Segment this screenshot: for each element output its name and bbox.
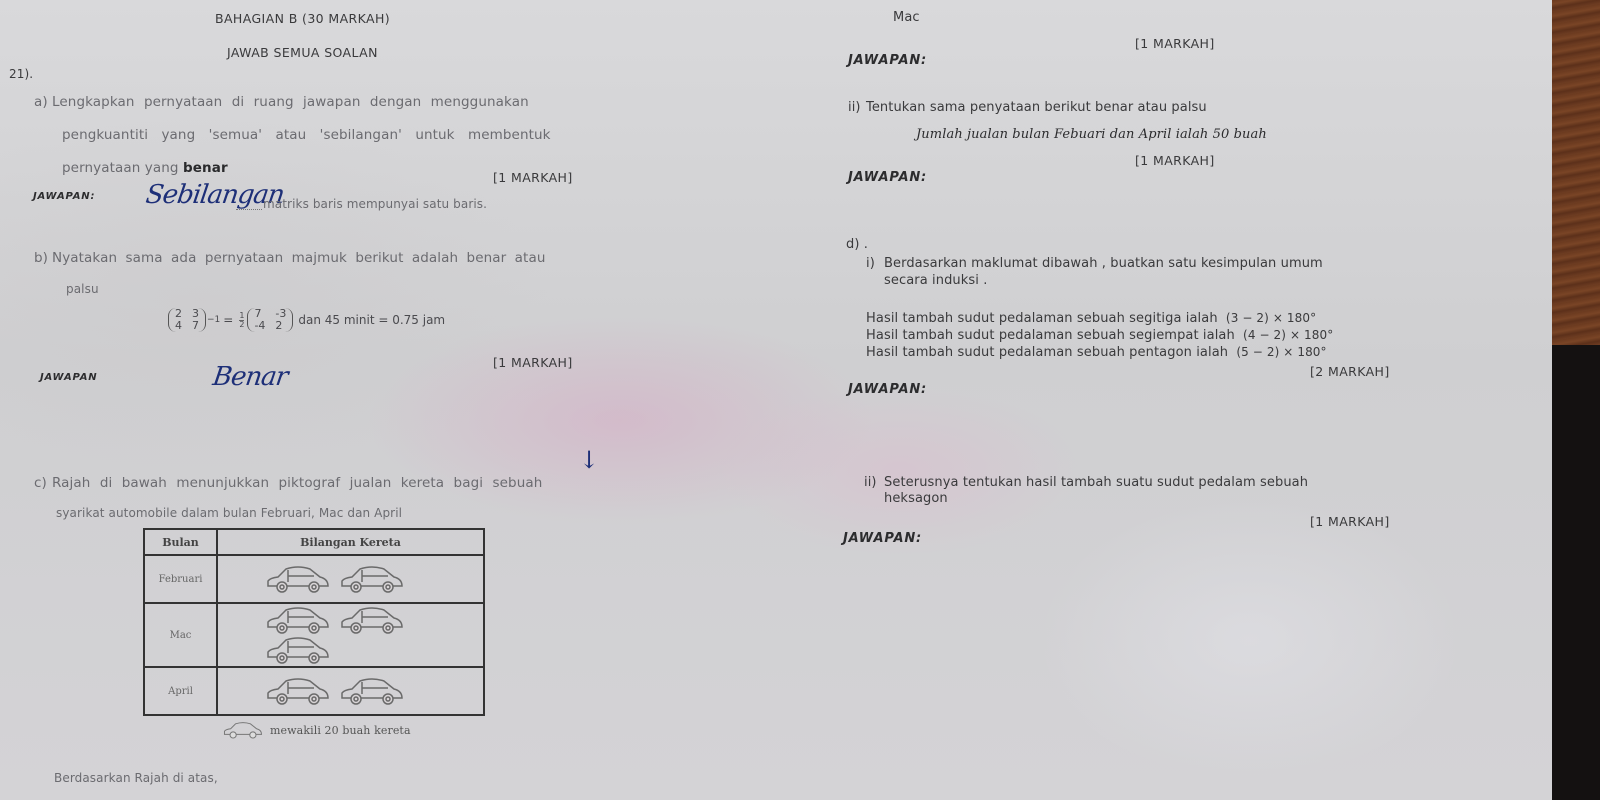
- b-marks: [1 MARKAH]: [493, 355, 573, 370]
- d-i-text-2: secara induksi .: [884, 273, 987, 288]
- statement-suffix: dan 45 minit = 0.75 jam: [298, 313, 445, 327]
- instruction: JAWAB SEMUA SOALAN: [227, 45, 378, 60]
- d-i-answer-label: JAWAPAN:: [848, 382, 927, 397]
- a-answer-label: JAWAPAN:: [33, 191, 95, 202]
- header-cars: Bilangan Kereta: [217, 529, 484, 555]
- c-i-answer-value: Mac: [893, 10, 920, 25]
- a-answer-suffix: matriks baris mempunyai satu baris.: [263, 197, 487, 211]
- fact-expression: (3 − 2) × 180°: [1226, 311, 1316, 325]
- section-title: BAHAGIAN B (30 MARKAH): [215, 11, 390, 26]
- header-month: Bulan: [144, 529, 217, 555]
- wooden-table-edge: [1552, 0, 1600, 345]
- c-text-1: Rajah di bawah menunjukkan piktograf jua…: [52, 475, 542, 491]
- question-number: 21).: [9, 67, 33, 81]
- cars-cell: [217, 603, 484, 667]
- pictograph-table: Bulan Bilangan Kereta Februari Mac April: [143, 528, 485, 716]
- d-ii-answer-label: JAWAPAN:: [843, 531, 922, 546]
- a-marks: [1 MARKAH]: [493, 170, 573, 185]
- cars-cell: [217, 555, 484, 603]
- c-ii-marks: [1 MARKAH]: [1135, 153, 1215, 168]
- month-cell: Mac: [144, 603, 217, 667]
- table-row: Mac: [144, 603, 484, 667]
- car-icon: [264, 564, 332, 594]
- c-i-answer-label: JAWAPAN:: [848, 53, 927, 68]
- d-ii-text-2: heksagon: [884, 491, 948, 506]
- a-label: a): [34, 94, 48, 110]
- car-icon: [264, 605, 332, 635]
- matrix-b: 7-3 -42: [247, 308, 293, 332]
- d-label: d) .: [846, 237, 868, 252]
- a-text-2: pengkuantiti yang 'semua' atau 'sebilang…: [62, 127, 551, 143]
- month-cell: Februari: [144, 555, 217, 603]
- d-ii-marks: [1 MARKAH]: [1310, 514, 1390, 529]
- b-answer-label: JAWAPAN: [40, 372, 97, 383]
- b-label: b): [34, 250, 48, 266]
- matrix-a: 23 47: [168, 308, 206, 332]
- car-icon: [338, 605, 406, 635]
- c-ii-label: ii): [848, 100, 861, 115]
- a-text-3: pernyataan yang benar: [62, 160, 228, 176]
- b-text-1: Nyatakan sama ada pernyataan majmuk beri…: [52, 250, 545, 266]
- d-ii-text-1: Seterusnya tentukan hasil tambah suatu s…: [884, 475, 1308, 490]
- fact-expression: (4 − 2) × 180°: [1243, 328, 1333, 342]
- fact-row: Hasil tambah sudut pedalaman sebuah segi…: [866, 311, 1316, 326]
- c-footer: Berdasarkan Rajah di atas,: [54, 771, 218, 785]
- a-answer-blank: [236, 209, 262, 210]
- inverse-power: −1: [207, 315, 220, 325]
- month-cell: April: [144, 667, 217, 715]
- a-text-1: Lengkapkan pernyataan di ruang jawapan d…: [52, 94, 529, 110]
- fact-expression: (5 − 2) × 180°: [1236, 345, 1326, 359]
- c-text-2: syarikat automobile dalam bulan Februari…: [56, 506, 402, 520]
- table-row: Februari: [144, 555, 484, 603]
- dark-background: [1552, 345, 1600, 800]
- car-icon: [264, 676, 332, 706]
- car-icon: [222, 720, 264, 740]
- cars-cell: [217, 667, 484, 715]
- car-icon: [338, 564, 406, 594]
- d-ii-label: ii): [864, 475, 877, 490]
- pictograph-header-row: Bulan Bilangan Kereta: [144, 529, 484, 555]
- matrix-statement: 23 47 −1 = 1 2 7-3 -42 dan 45 minit = 0.…: [168, 308, 445, 332]
- b-text-2: palsu: [66, 282, 99, 296]
- c-ii-answer-label: JAWAPAN:: [848, 170, 927, 185]
- pictograph-key: mewakili 20 buah kereta: [270, 724, 411, 737]
- c-label: c): [34, 475, 47, 491]
- d-i-label: i): [866, 256, 875, 271]
- car-icon: [264, 635, 332, 665]
- b-handwritten-answer: Benar: [211, 362, 289, 392]
- d-i-marks: [2 MARKAH]: [1310, 364, 1390, 379]
- scalar-fraction: 1 2: [239, 312, 244, 329]
- c-i-marks: [1 MARKAH]: [1135, 36, 1215, 51]
- c-handwritten-mark: ↓: [579, 446, 598, 474]
- a-text-3-bold: benar: [183, 160, 228, 176]
- fact-row: Hasil tambah sudut pedalaman sebuah segi…: [866, 328, 1333, 343]
- car-icon: [338, 676, 406, 706]
- table-row: April: [144, 667, 484, 715]
- d-i-text-1: Berdasarkan maklumat dibawah , buatkan s…: [884, 256, 1323, 271]
- c-ii-text: Tentukan sama penyataan berikut benar at…: [866, 100, 1207, 115]
- fact-row: Hasil tambah sudut pedalaman sebuah pent…: [866, 345, 1327, 360]
- c-ii-statement: Jumlah jualan bulan Febuari dan April ia…: [916, 127, 1267, 142]
- a-text-3-prefix: pernyataan yang: [62, 160, 179, 176]
